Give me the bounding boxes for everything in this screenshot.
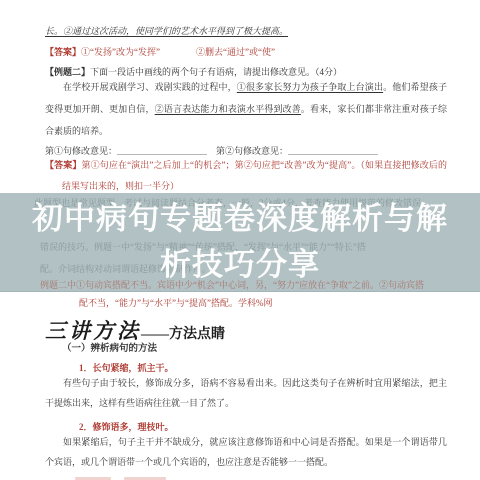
section-heading-main: 三讲方法 [45,318,141,343]
subsection-heading: （一）辨析病句的方法 [45,343,447,356]
method-point2-body: 如果紧缩后，句子主干并不缺成分，就应该注意修饰语和中心词是否搭配。如果是一个谓语… [45,432,447,472]
answer-continuation-line: 配不当，“能力”与“水平”与“提高”搭配。学科%网 [45,297,447,310]
example2-passage: 在学校开展戏剧学习、戏剧实践的过程中，①很多家长努力为孩子争取上台演出。他们希望… [45,76,447,142]
section-heading-sub: 方法点睛 [169,327,225,342]
answer2-label: 【答案】 [45,160,81,170]
document-page: 长。②通过这次活动，使同学们的艺术水平得到了极大提高。 【答案】①“发扬”改为“… [0,0,480,480]
section-heading: 三讲方法——方法点睛 [45,315,447,345]
banner-title-line1: 初中病句专题卷深度解析与解 [32,196,448,242]
passage-underlined-1: ①很多家长努力为孩子争取上台演出 [237,82,383,92]
passage-lead: 在学校开展戏剧学习、戏剧实践的过程中， [63,82,237,92]
answer1-line: 【答案】①“发扬”改为“发挥”②删去“通过”或“使” [45,46,447,59]
answer1-label: 【答案】 [45,47,81,57]
answer1-part2: ②删去“通过”或“使” [196,47,275,57]
corrected-sentence-line: 长。②通过这次活动，使同学们的艺术水平得到了极大提高。 [45,25,447,38]
method-point1-body: 有些句子由于较长，修饰成分多，语病不容易看出来。因此这类句子在辨析时宜用紧缩法，… [45,373,447,413]
section-heading-dash: —— [141,327,169,342]
banner-title-line2: 析技巧分享 [160,242,320,288]
title-banner-overlay: 此题型也是常见题型，考试与阅读题结合分考查，一般，3分或4分，考查能力使用规范的… [0,193,480,292]
answer2-paragraph: 【答案】第①句应在“演出”之后加上“的机会”；第②句应把“改善”改为“提高”。（… [45,155,447,197]
answer2-text: 第①句应在“演出”之后加上“的机会”；第②句应把“改善”改为“提高”。（如果直接… [62,160,447,191]
passage-underlined-2: ②语言表达能力和表演水平得到改善 [155,104,301,114]
banner-title: 初中病句专题卷深度解析与解 析技巧分享 [0,193,480,291]
answer1-part1: ①“发扬”改为“发挥” [81,47,160,57]
